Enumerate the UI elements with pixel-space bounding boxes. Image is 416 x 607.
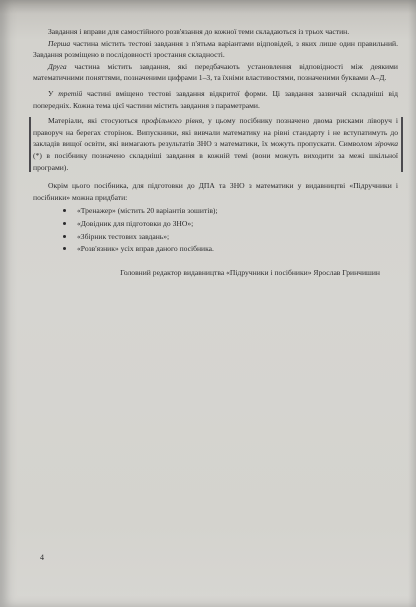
list-item: «Збірник тестових завдань»; [63, 231, 398, 244]
margin-bar-left [29, 117, 31, 172]
signature: Головний редактор видавництва «Підручник… [33, 267, 398, 279]
profile-prefix: Матеріали, які стосуються [48, 116, 142, 125]
list-item: «Довідник для підготовки до ЗНО»; [63, 218, 398, 231]
list-item: «Розв'язник» усіх вправ даного посібника… [63, 243, 398, 256]
part-three-text: частині вміщено тестові завдання відкрит… [33, 89, 398, 110]
list-item: «Тренажер» (містить 20 варіантів зошитів… [63, 205, 398, 218]
asterisk-term: зірочка [375, 139, 398, 148]
book-page: Завдання і вправи для самостійного розв'… [0, 0, 416, 607]
part-two-label: Друга [48, 62, 67, 71]
part-three-paragraph: У третій частині вміщено тестові завданн… [33, 88, 398, 111]
profile-level-block: Матеріали, які стосуються профільного рі… [33, 115, 398, 173]
page-number: 4 [40, 553, 44, 562]
part-three-prefix: У [48, 89, 58, 98]
page-body: Завдання і вправи для самостійного розв'… [33, 26, 398, 286]
books-list: «Тренажер» (містить 20 варіантів зошитів… [33, 205, 398, 255]
part-three-label: третій [58, 89, 82, 98]
part-one-text: частина містить тестові завдання з п'ять… [33, 39, 398, 60]
intro-paragraph: Завдання і вправи для самостійного розв'… [33, 26, 398, 38]
part-one-label: Перша [48, 39, 70, 48]
part-two-text: частина містить завдання, які передбачаю… [33, 62, 398, 83]
margin-bar-right [401, 117, 403, 172]
part-two-paragraph: Друга частина містить завдання, які пере… [33, 61, 398, 84]
part-one-paragraph: Перша частина містить тестові завдання з… [33, 38, 398, 61]
profile-level-paragraph: Матеріали, які стосуються профільного рі… [33, 115, 398, 173]
profile-end: (*) в посібнику позначено складніші завд… [33, 151, 398, 172]
other-books-paragraph: Окрім цього посібника, для підготовки до… [33, 180, 398, 203]
profile-level-term: профільного рівня [142, 116, 202, 125]
